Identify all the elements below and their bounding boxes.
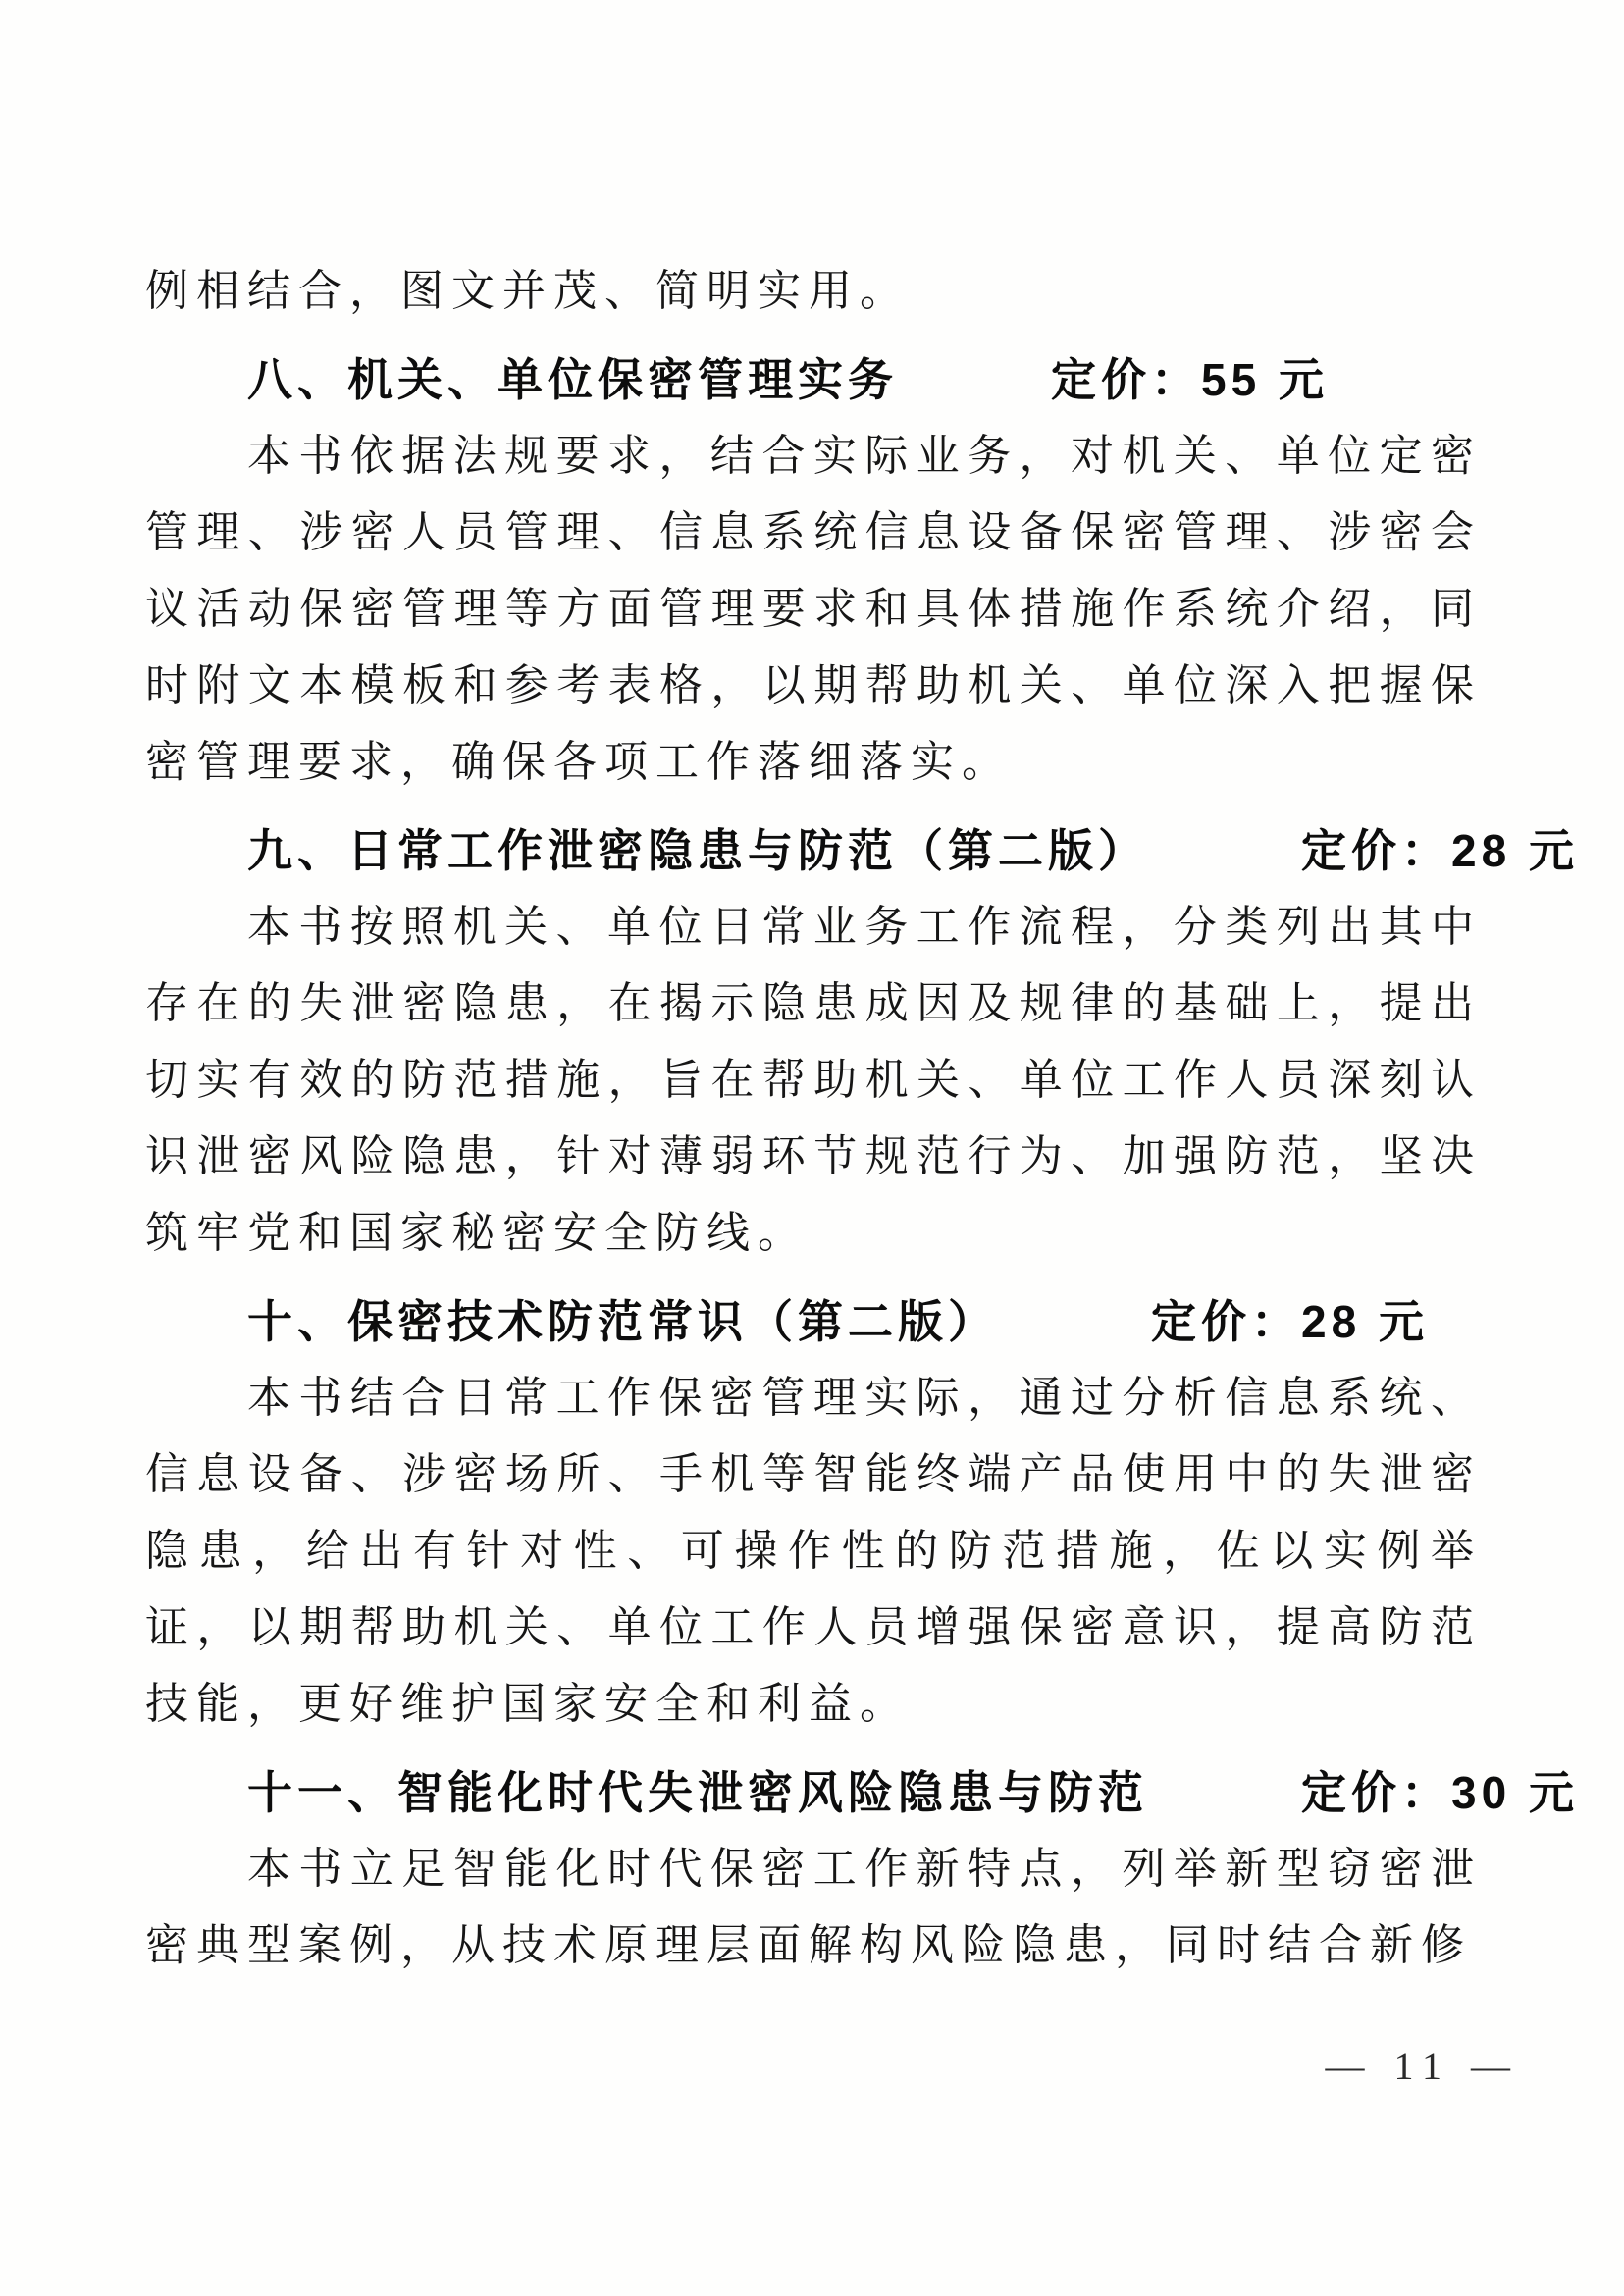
section-8-description: 本书依据法规要求，结合实际业务，对机关、单位定密管理、涉密人员管理、信息系统信息…: [145, 418, 1482, 801]
page-footer: — 11 —: [1325, 2043, 1520, 2089]
section-8-title: 八、机关、单位保密管理实务: [247, 354, 898, 405]
section-9-title: 九、日常工作泄密隐患与防范（第二版）: [247, 825, 1148, 876]
document-page: 例相结合，图文并茂、简明实用。 八、机关、单位保密管理实务定价：55 元 本书依…: [0, 0, 1624, 2296]
page-number: — 11 —: [1325, 2044, 1520, 2088]
section-8-heading: 八、机关、单位保密管理实务定价：55 元: [145, 341, 1482, 418]
section-9-heading: 九、日常工作泄密隐患与防范（第二版）定价：28 元: [145, 812, 1482, 889]
section-9-description: 本书按照机关、单位日常业务工作流程，分类列出其中存在的失泄密隐患，在揭示隐患成因…: [145, 889, 1482, 1272]
page-content: 例相结合，图文并茂、简明实用。 八、机关、单位保密管理实务定价：55 元 本书依…: [145, 253, 1482, 1984]
section-10-description: 本书结合日常工作保密管理实际，通过分析信息系统、信息设备、涉密场所、手机等智能终…: [145, 1360, 1482, 1743]
section-11-price: 定价：30 元: [1199, 1754, 1579, 1831]
section-11-description: 本书立足智能化时代保密工作新特点，列举新型窃密泄密典型案例，从技术原理层面解构风…: [145, 1831, 1482, 1984]
section-10-title: 十、保密技术防范常识（第二版）: [247, 1296, 998, 1347]
section-9-price: 定价：28 元: [1199, 812, 1579, 889]
section-11-heading: 十一、智能化时代失泄密风险隐患与防范定价：30 元: [145, 1754, 1482, 1831]
section-8-price: 定价：55 元: [949, 341, 1329, 418]
section-11-title: 十一、智能化时代失泄密风险隐患与防范: [247, 1767, 1148, 1818]
section-10-heading: 十、保密技术防范常识（第二版）定价：28 元: [145, 1283, 1482, 1360]
section-10-price: 定价：28 元: [1049, 1283, 1429, 1360]
intro-paragraph-continuation: 例相结合，图文并茂、简明实用。: [145, 253, 1482, 330]
